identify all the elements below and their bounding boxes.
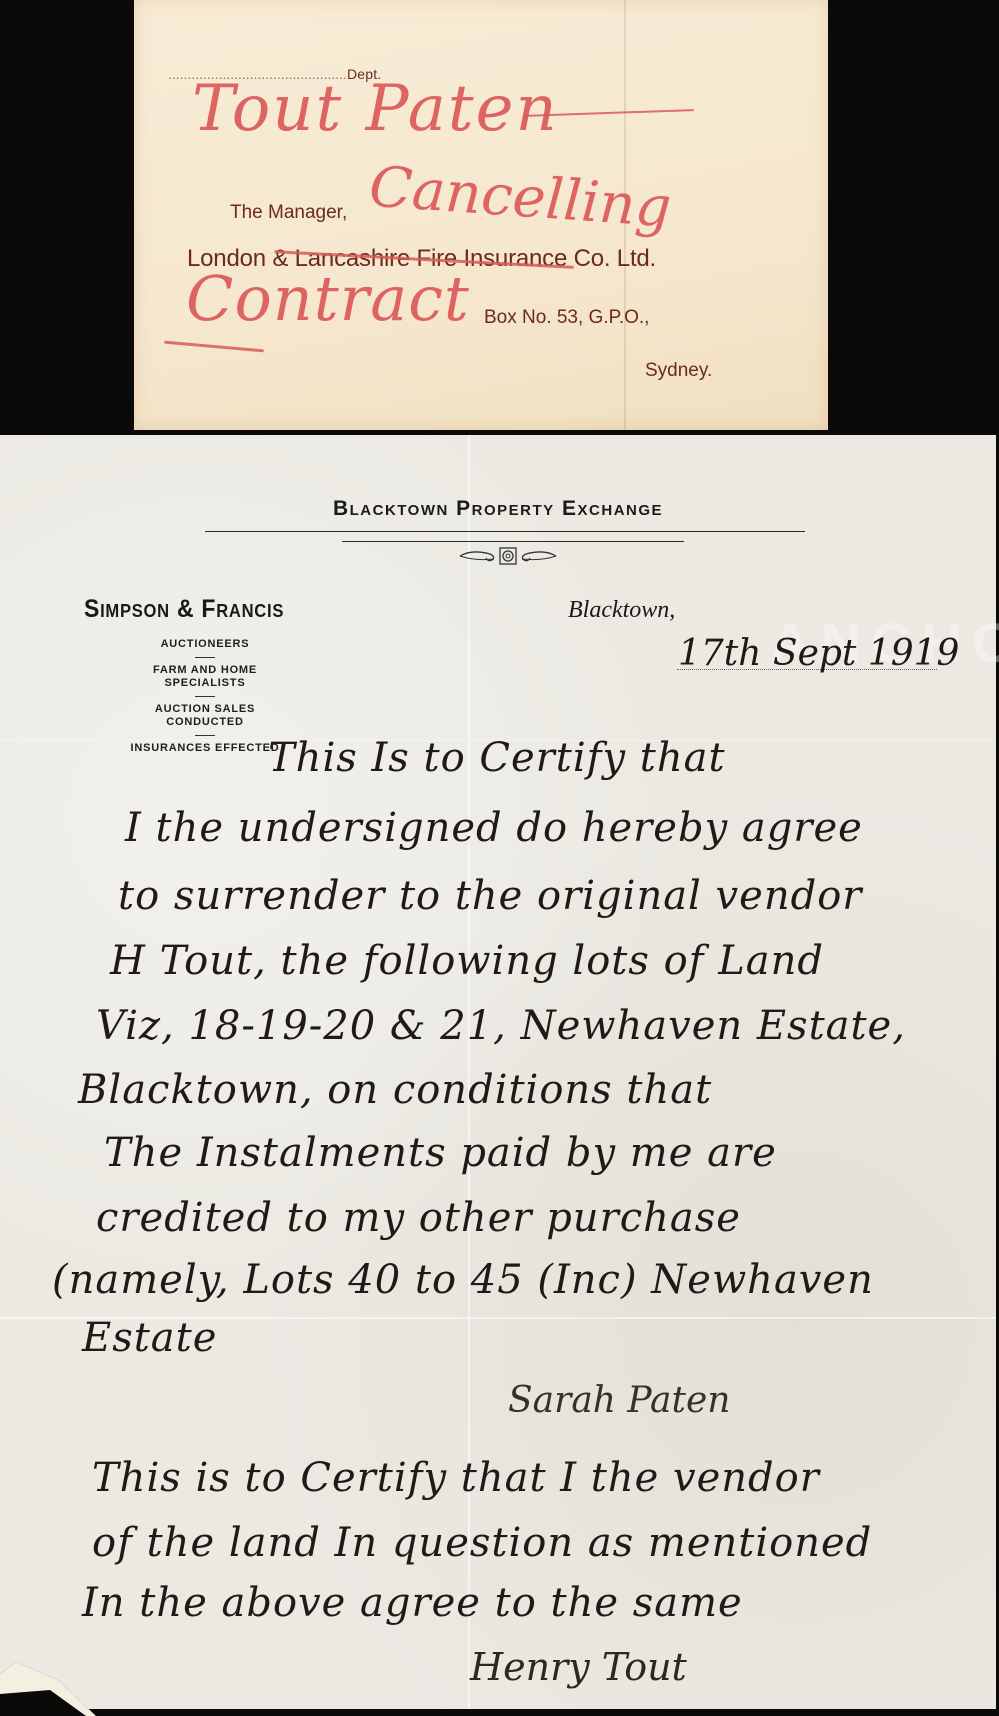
body-line: Blacktown, on conditions that: [78, 1067, 712, 1113]
body-line: This Is to Certify that: [268, 735, 726, 781]
body-line: Estate: [82, 1315, 217, 1361]
masthead-rule: [342, 541, 684, 542]
red-underline-stroke: [164, 341, 264, 353]
vendor-line: This is to Certify that I the vendor: [92, 1455, 820, 1501]
signature-sarah-paten: Sarah Paten: [508, 1380, 730, 1421]
service-farm-home: FARM AND HOME SPECIALISTS: [130, 664, 280, 690]
body-line: The Instalments paid by me are: [104, 1130, 777, 1176]
body-line: Viz, 18-19-20 & 21, Newhaven Estate,: [96, 1003, 906, 1049]
service-divider: [195, 735, 215, 736]
firm-name: Simpson & Francis: [84, 595, 284, 624]
city: Sydney.: [645, 360, 712, 382]
insurance-reply-card: ........................................…: [134, 0, 828, 430]
signature-henry-tout: Henry Tout: [470, 1645, 687, 1689]
body-line: credited to my other purchase: [96, 1195, 741, 1241]
body-line: H Tout, the following lots of Land: [110, 938, 824, 984]
body-line: I the undersigned do hereby agree: [125, 805, 863, 851]
scroll-ornament-icon: [458, 545, 558, 567]
body-line: (namely, Lots 40 to 45 (Inc) Newhaven: [52, 1257, 874, 1303]
masthead-rule: [205, 531, 805, 532]
vendor-line: In the above agree to the same: [82, 1580, 743, 1626]
service-divider: [195, 696, 215, 697]
po-box: Box No. 53, G.P.O.,: [484, 307, 649, 329]
service-divider: [195, 657, 215, 658]
body-line: to surrender to the original vendor: [118, 873, 862, 919]
red-annotation-cancelling: Cancelling: [367, 155, 673, 241]
red-annotation-names: Tout Paten: [192, 72, 559, 146]
red-annotation-contract: Contract: [186, 262, 470, 335]
letterhead-document: ANCHO Blacktown Property Exchange Simpso…: [0, 435, 996, 1709]
vendor-line: of the land In question as mentioned: [92, 1520, 872, 1566]
service-insurances: INSURANCES EFFECTED: [130, 742, 280, 755]
masthead-title: Blacktown Property Exchange: [0, 497, 996, 521]
letter-place: Blacktown,: [568, 597, 675, 624]
letter-date: 17th Sept 1919: [678, 633, 959, 674]
firm-services: AUCTIONEERS FARM AND HOME SPECIALISTS AU…: [130, 638, 280, 761]
service-auctioneers: AUCTIONEERS: [130, 638, 280, 651]
torn-paper-corner: [0, 1650, 100, 1716]
service-auction-sales: AUCTION SALES CONDUCTED: [130, 703, 280, 729]
recipient-title: The Manager,: [230, 202, 347, 224]
